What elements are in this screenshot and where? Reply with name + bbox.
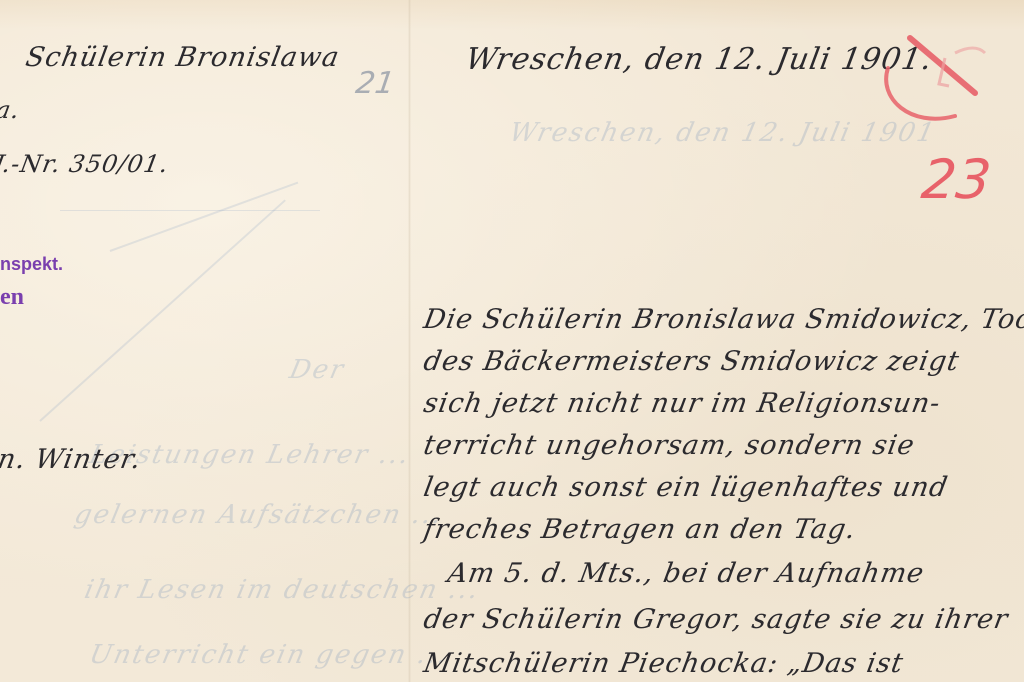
- bleed-through-line: ihr Lesen im deutschen ...: [82, 575, 483, 605]
- body-line: Am 5. d. Mts., bei der Aufnahme: [445, 558, 927, 589]
- body-line: legt auch sonst ein lügenhaftes und: [421, 472, 950, 503]
- reference-number: J.-Nr. 350/01.: [0, 150, 171, 178]
- pencil-folio-number: 21: [354, 66, 397, 101]
- body-line: Die Schülerin Bronislawa Smidowicz, Toch…: [421, 304, 1024, 335]
- red-folio-number: 23: [919, 148, 994, 211]
- body-line: freches Betragen an den Tag.: [421, 514, 858, 545]
- body-line: Mitschülerin Piechocka: „Das ist: [421, 648, 906, 679]
- bleed-through-line: Unterricht ein gegen ...: [87, 640, 452, 670]
- subject-line: Schülerin Bronislawa: [23, 42, 342, 73]
- office-stamp-line-1: nspekt.: [0, 254, 63, 275]
- body-line: der Schülerin Gregor, sagte sie zu ihrer: [421, 604, 1011, 635]
- red-crayon-mark-icon: [870, 28, 1000, 138]
- place-date: Wreschen, den 12. Juli 1901.: [463, 42, 935, 77]
- bleed-through-line: gelernen Aufsätzchen ...: [72, 500, 446, 530]
- bleed-through-stroke: [60, 210, 320, 211]
- body-line: sich jetzt nicht nur im Religionsun-: [421, 388, 943, 419]
- signature-fragment: n. Winter.: [0, 444, 144, 475]
- bleed-through-line: Der: [287, 355, 348, 385]
- body-line: terricht ungehorsam, sondern sie: [421, 430, 917, 461]
- office-stamp-line-2: en: [0, 284, 24, 311]
- body-line: des Bäckermeisters Smidowicz zeigt: [421, 346, 962, 377]
